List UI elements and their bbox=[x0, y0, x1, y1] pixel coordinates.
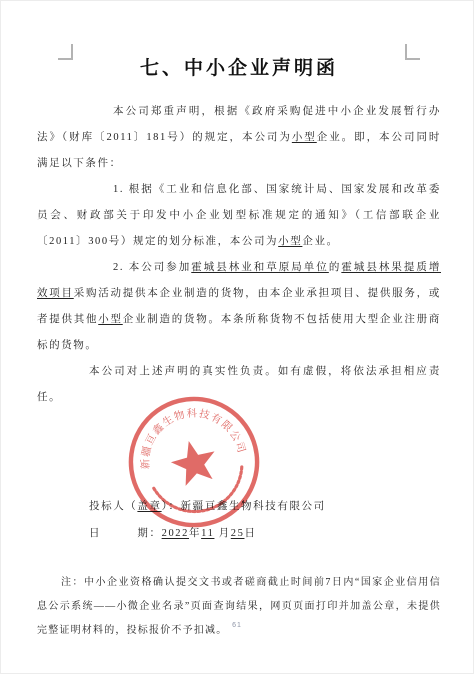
body-text: 投标人（ bbox=[89, 501, 137, 512]
condition-1-paragraph: 1. 根据《工业和信息化部、国家统计局、国家发展和改革委员会、财政部关于印发中小… bbox=[37, 177, 441, 255]
body-text: 年 bbox=[189, 528, 201, 539]
page-title: 七、中小企业声明函 bbox=[37, 53, 441, 85]
condition-2-paragraph: 2. 本公司参加霍城县林业和草原局单位的霍城县林果提质增效项目采购活动提供本企业… bbox=[37, 255, 441, 359]
declaration-paragraph: 本公司郑重声明，根据《政府采购促进中小企业发展暂行办法》（财库〔2011〕181… bbox=[37, 99, 441, 177]
body-text: 2. 本公司参加 bbox=[113, 262, 191, 273]
underlined-fill-in-text: 小型 bbox=[278, 236, 302, 247]
body-text: 日 bbox=[244, 528, 256, 539]
underlined-fill-in-text: 小型 bbox=[98, 314, 123, 325]
body-text: 企业。 bbox=[302, 236, 338, 247]
document-content: 七、中小企业声明函 本公司郑重声明，根据《政府采购促进中小企业发展暂行办法》（财… bbox=[37, 53, 441, 643]
underlined-fill-in-text: 盖章 bbox=[137, 501, 161, 512]
document-page: 七、中小企业声明函 本公司郑重声明，根据《政府采购促进中小企业发展暂行办法》（财… bbox=[0, 0, 474, 674]
underlined-fill-in-text: 2022 bbox=[162, 528, 189, 539]
body-text: 月 bbox=[214, 528, 230, 539]
date-line: 日 期：2022年11 月25日 bbox=[37, 520, 441, 547]
underlined-fill-in-text: 11 bbox=[201, 528, 214, 539]
underlined-fill-in-text: 小型 bbox=[292, 132, 317, 143]
body-text: 1. 根据《工业和信息化部、国家统计局、国家发展和改革委员会、财政部关于印发中小… bbox=[37, 184, 441, 247]
underlined-fill-in-text: 霍城县林业和草原局单位 bbox=[191, 262, 329, 273]
signature-block: 投标人（盖章）：新疆亘鑫生物科技有限公司 日 期：2022年11 月25日 bbox=[37, 493, 441, 547]
body-text: 本公司对上述声明的真实性负责。如有虚假，将依法承担相应责任。 bbox=[37, 366, 441, 403]
page-number: 61 bbox=[1, 622, 473, 629]
footnote-paragraph: 注：中小企业资格确认提交文书或者磋商截止时间前7日内“国家企业信用信息公示系统—… bbox=[37, 571, 441, 643]
body-text: ）：新疆亘鑫生物科技有限公司 bbox=[162, 501, 326, 512]
underlined-fill-in-text: 25 bbox=[231, 528, 245, 539]
body-text: 的 bbox=[329, 262, 342, 273]
body-text: 日 期： bbox=[89, 528, 162, 539]
responsibility-paragraph: 本公司对上述声明的真实性负责。如有虚假，将依法承担相应责任。 bbox=[37, 359, 441, 411]
bidder-signature-line: 投标人（盖章）：新疆亘鑫生物科技有限公司 bbox=[37, 493, 441, 520]
